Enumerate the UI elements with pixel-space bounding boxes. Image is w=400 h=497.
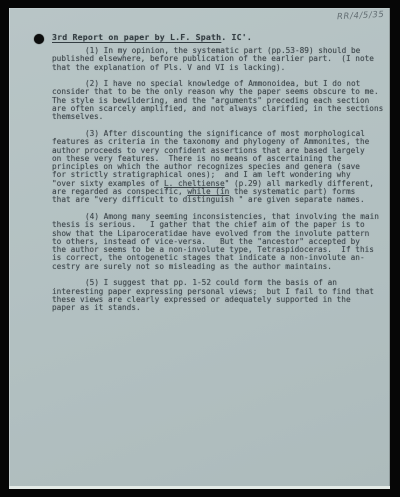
- paragraph: (4) Among many seeming inconsistencies, …: [52, 213, 386, 271]
- paragraph: (3) After discounting the significance o…: [52, 130, 386, 205]
- document-title-underlined: 3rd Report on paper by L.F. Spath: [52, 32, 221, 42]
- paragraphs: (1) In my opinion, the systematic part (…: [52, 47, 386, 313]
- text-line: cestry are surely not so misleading as t…: [52, 263, 386, 271]
- text-segment: that the explanation of Pls. V and VI is…: [52, 63, 285, 72]
- punch-hole-icon: [34, 34, 44, 44]
- text-line: paper as it stands.: [52, 304, 386, 312]
- paragraph: (2) I have no special knowledge of Ammon…: [52, 80, 386, 121]
- scan-photo: RR/4/5/35 3rd Report on paper by L.F. Sp…: [0, 0, 400, 497]
- document-title-suffix: . IC'.: [221, 32, 252, 42]
- paper-sheet: RR/4/5/35 3rd Report on paper by L.F. Sp…: [9, 8, 390, 489]
- text-segment: cestry are surely not so misleading as t…: [52, 262, 332, 271]
- text-line: themselves.: [52, 113, 386, 121]
- paragraph: (5) I suggest that pp. 1-52 could form t…: [52, 279, 386, 312]
- document-content: 3rd Report on paper by L.F. Spath. IC'. …: [52, 32, 386, 321]
- text-line: that are "very difficult to distinguish …: [52, 196, 386, 204]
- text-segment: paper as it stands.: [52, 303, 141, 312]
- text-line: that the explanation of Pls. V and VI is…: [52, 64, 386, 72]
- text-segment: themselves.: [52, 112, 103, 121]
- pencil-reference-annotation: RR/4/5/35: [336, 10, 384, 22]
- text-segment: that are "very difficult to distinguish …: [52, 195, 365, 204]
- paragraph: (1) In my opinion, the systematic part (…: [52, 47, 386, 72]
- document-title: 3rd Report on paper by L.F. Spath. IC'.: [52, 32, 386, 42]
